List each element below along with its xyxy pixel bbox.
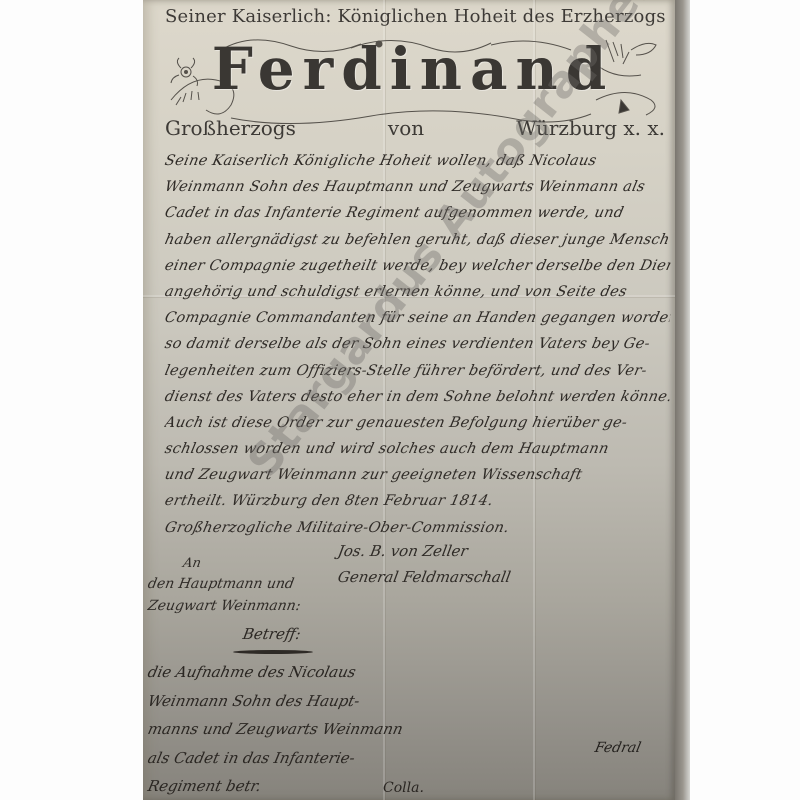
header-subtitle-left: Großherzogs bbox=[165, 116, 296, 140]
body-line: legenheiten zum Offiziers-Stelle führer … bbox=[162, 358, 673, 384]
body-line: so damit derselbe als der Sohn eines ver… bbox=[162, 331, 673, 357]
body-line: Weinmann Sohn des Hauptmann und Zeugwart… bbox=[162, 174, 673, 200]
address-block: An den Hauptmann und Zeugwart Weinmann: bbox=[148, 555, 348, 617]
decree-body: Seine Kaiserlich Königliche Hoheit wolle… bbox=[165, 148, 670, 541]
body-line: Cadet in das Infanterie Regiment aufgeno… bbox=[162, 200, 673, 226]
margin-mark: Fedral bbox=[593, 740, 642, 756]
address-line: den Hauptmann und bbox=[146, 573, 350, 595]
body-line-date: ertheilt. Würzburg den 8ten Februar 1814… bbox=[162, 488, 673, 514]
paper-sheet: Seiner Kaiserlich: Königlichen Hoheit de… bbox=[143, 0, 675, 800]
address-an: An bbox=[146, 555, 349, 573]
subject-line: manns und Zeugwarts Weinmann bbox=[145, 715, 391, 744]
body-line-issuer: Großherzogliche Militaire-Ober-Commissio… bbox=[162, 515, 673, 541]
body-line: schlossen worden und wird solches auch d… bbox=[162, 436, 673, 462]
signature-block: Jos. B. von Zeller General Feldmarschall bbox=[338, 538, 558, 590]
colla-note: Colla. bbox=[383, 780, 424, 796]
header-subtitle-mid: von bbox=[388, 116, 424, 140]
signature-name: Jos. B. von Zeller bbox=[336, 538, 561, 564]
header-name: Ferdinand bbox=[203, 34, 623, 104]
body-line: haben allergnädigst zu befehlen geruht, … bbox=[162, 227, 673, 253]
body-line: einer Compagnie zugetheilt werde, bey we… bbox=[162, 253, 673, 279]
signature-title: General Feldmarschall bbox=[336, 564, 561, 590]
body-line: dienst des Vaters desto eher in dem Sohn… bbox=[162, 384, 673, 410]
subject-line: die Aufnahme des Nicolaus bbox=[145, 658, 391, 687]
document-photo: Seiner Kaiserlich: Königlichen Hoheit de… bbox=[0, 0, 800, 800]
betreff-underline bbox=[233, 650, 313, 654]
address-line: Zeugwart Weinmann: bbox=[146, 595, 350, 617]
header-title-line: Seiner Kaiserlich: Königlichen Hoheit de… bbox=[165, 6, 665, 27]
subject-line: als Cadet in das Infanterie- bbox=[145, 744, 391, 773]
header-subtitle-line: Großherzogs von Würzburg x. x. bbox=[165, 116, 665, 140]
subject-line: Weinmann Sohn des Haupt- bbox=[145, 687, 391, 716]
subject-block: die Aufnahme des Nicolaus Weinmann Sohn … bbox=[148, 658, 388, 800]
body-line: Compagnie Commandanten für seine an Hand… bbox=[162, 305, 673, 331]
subject-line: Regiment betr. bbox=[145, 772, 391, 800]
body-line: Auch ist diese Order zur genauesten Befo… bbox=[162, 410, 673, 436]
body-line: und Zeugwart Weinmann zur geeigneten Wis… bbox=[162, 462, 673, 488]
body-line: Seine Kaiserlich Königliche Hoheit wolle… bbox=[162, 148, 673, 174]
body-line: angehörig und schuldigst erlernen könne,… bbox=[162, 279, 673, 305]
betreff-heading: Betreff: bbox=[241, 625, 302, 643]
header-subtitle-right: Würzburg x. x. bbox=[516, 116, 665, 140]
